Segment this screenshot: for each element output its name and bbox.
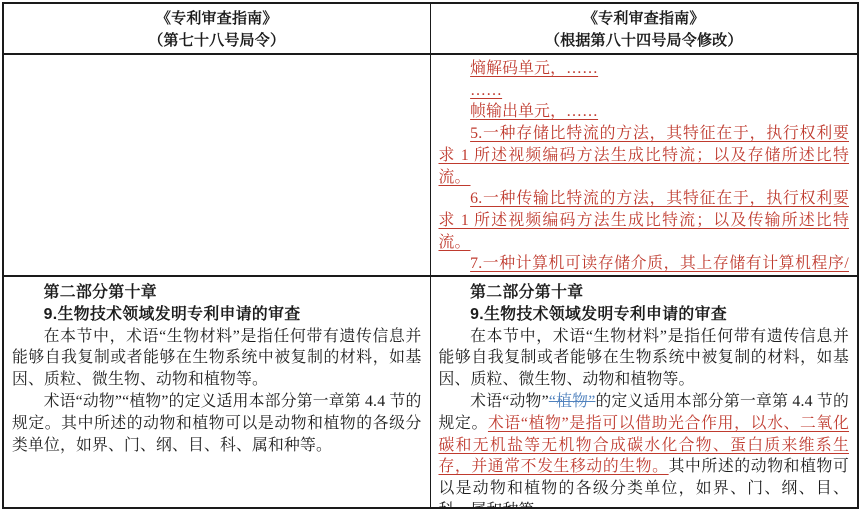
paragraph: ……: [439, 80, 850, 102]
inserted-text-run: 帧输出单元，……: [470, 103, 598, 120]
deleted-text-run: “植物”: [549, 393, 596, 410]
inserted-text-run: ……: [470, 82, 502, 99]
new-version-subtitle: （根据第八十四号局令修改）: [439, 30, 850, 52]
heading-text-run: 9.生物技术领域发明专利申请的审查: [470, 306, 727, 323]
text-run: 术语“动物”: [470, 393, 549, 410]
cell-old-bio-section: 第二部分第十章9.生物技术领域发明专利申请的审查在本节中，术语“生物材料”是指任…: [4, 277, 431, 507]
paragraph: 7.一种计算机可读存储介质，其上存储有计算机程序/指令和比特流，其特征在于，该计…: [439, 253, 850, 277]
paragraph: 在本节中，术语“生物材料”是指任何带有遗传信息并能够自我复制或者能够在生物系统中…: [12, 326, 422, 391]
paragraph: 5.一种存储比特流的方法，其特征在于，执行权利要求 1 所述视频编码方法生成比特…: [439, 123, 850, 188]
inserted-text-run: 熵解码单元，……: [470, 60, 598, 77]
text-run: 在本节中，术语“生物材料”是指任何带有遗传信息并能够自我复制或者能够在生物系统中…: [439, 328, 850, 389]
inserted-text-run: 5.一种存储比特流的方法，其特征在于，执行权利要求 1 所述视频编码方法生成比特…: [439, 125, 850, 185]
document-page: 《专利审查指南》 （第七十八号局令） 《专利审查指南》 （根据第八十四号局令修改…: [0, 0, 864, 514]
comparison-table: 《专利审查指南》 （第七十八号局令） 《专利审查指南》 （根据第八十四号局令修改…: [2, 2, 859, 509]
paragraph: 第二部分第十章: [439, 282, 850, 304]
text-run: 术语“动物”“植物”的定义适用本部分第一章第 4.4 节的规定。其中所述的动物和…: [12, 393, 422, 454]
old-version-subtitle: （第七十八号局令）: [12, 30, 422, 52]
inserted-text-run: 6.一种传输比特流的方法，其特征在于，执行权利要求 1 所述视频编码方法生成比特…: [439, 190, 850, 250]
inserted-text-run: 7.一种计算机可读存储介质，其上存储有计算机程序/指令和比特流，其特征在于，该计…: [439, 255, 850, 277]
text-run: 在本节中，术语“生物材料”是指任何带有遗传信息并能够自我复制或者能够在生物系统中…: [12, 328, 422, 389]
cell-new-claims-inserted: 熵解码单元，…………帧输出单元，……5.一种存储比特流的方法，其特征在于，执行权…: [431, 55, 858, 277]
header-cell-old-version: 《专利审查指南》 （第七十八号局令）: [4, 4, 431, 55]
paragraph: 术语“动物”“植物”的定义适用本部分第一章第 4.4 节的规定。其中所述的动物和…: [12, 391, 422, 456]
old-version-title: 《专利审查指南》: [12, 8, 422, 30]
heading-text-run: 9.生物技术领域发明专利申请的审查: [44, 306, 301, 323]
paragraph: 9.生物技术领域发明专利申请的审查: [12, 304, 422, 326]
header-cell-new-version: 《专利审查指南》 （根据第八十四号局令修改）: [431, 4, 858, 55]
paragraph: 6.一种传输比特流的方法，其特征在于，执行权利要求 1 所述视频编码方法生成比特…: [439, 188, 850, 253]
heading-text-run: 第二部分第十章: [44, 284, 157, 301]
paragraph: 在本节中，术语“生物材料”是指任何带有遗传信息并能够自我复制或者能够在生物系统中…: [439, 326, 850, 391]
paragraph: 9.生物技术领域发明专利申请的审查: [439, 304, 850, 326]
cell-new-bio-section: 第二部分第十章9.生物技术领域发明专利申请的审查在本节中，术语“生物材料”是指任…: [431, 277, 858, 507]
new-version-title: 《专利审查指南》: [439, 8, 850, 30]
heading-text-run: 第二部分第十章: [470, 284, 583, 301]
paragraph: 第二部分第十章: [12, 282, 422, 304]
paragraph: 术语“动物”“植物”的定义适用本部分第一章第 4.4 节的规定。术语“植物”是指…: [439, 391, 850, 507]
paragraph: 熵解码单元，……: [439, 58, 850, 80]
cell-old-claims-empty: [4, 55, 431, 277]
paragraph: 帧输出单元，……: [439, 101, 850, 123]
